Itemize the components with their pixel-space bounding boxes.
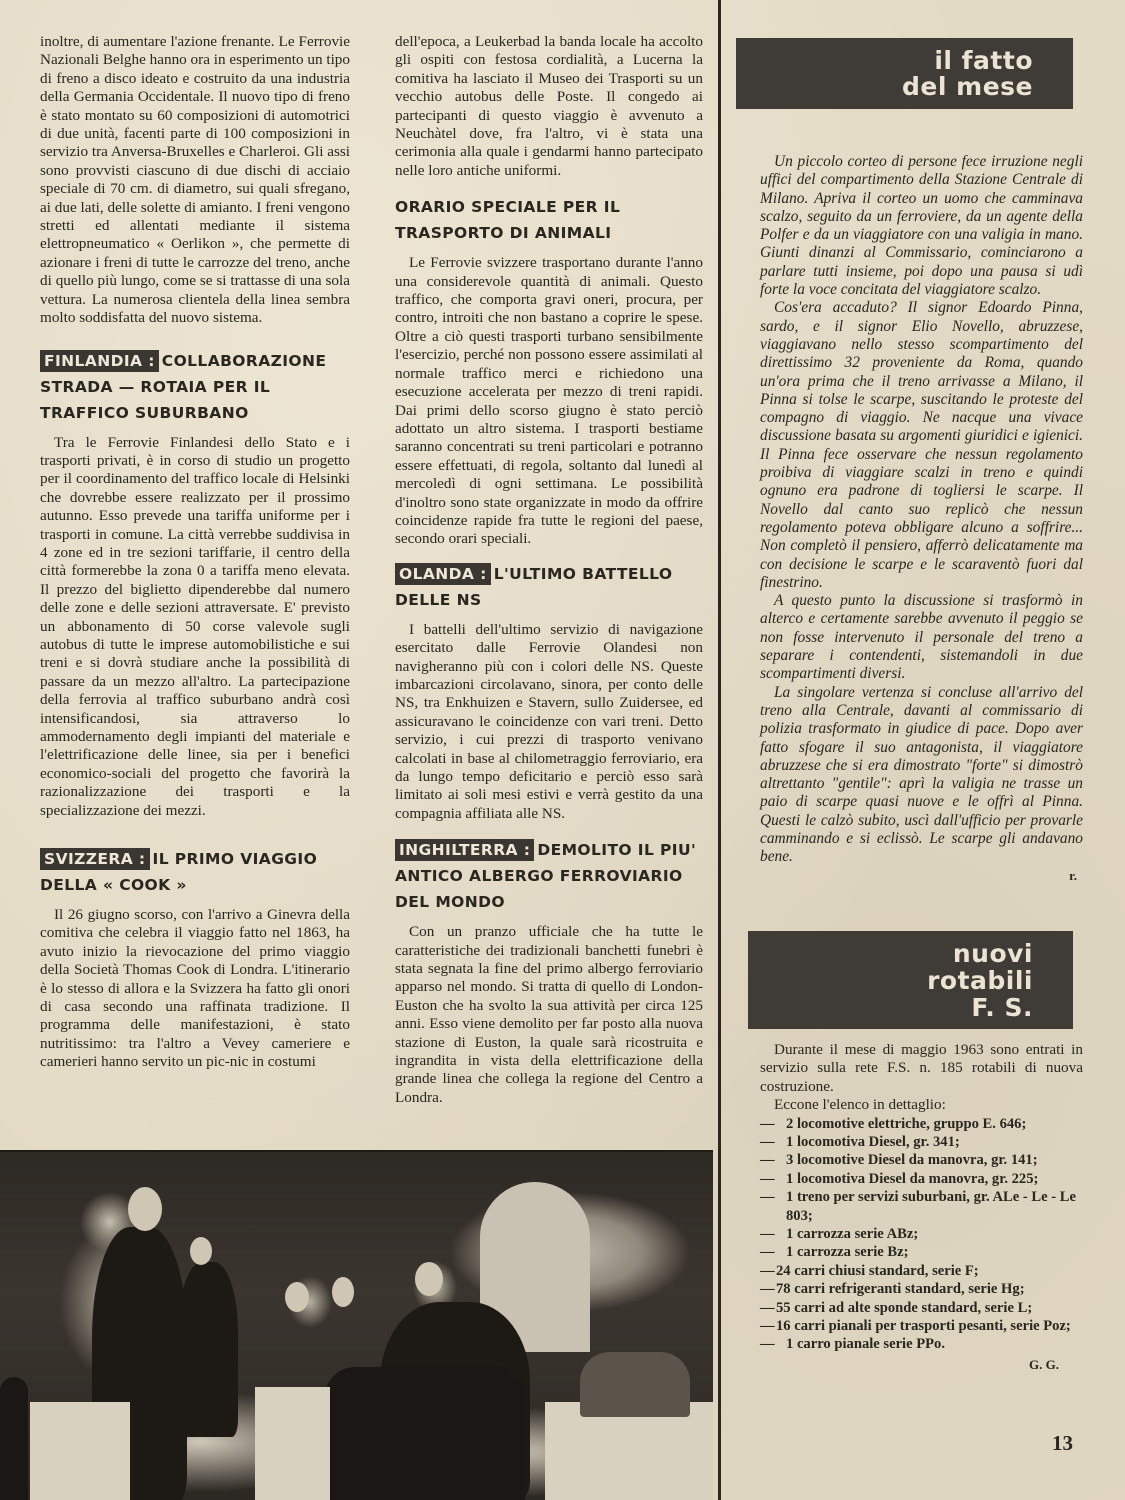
inghilterra-body: Con un pranzo ufficiale che ha tutte le … [395, 923, 703, 1107]
photo-table [255, 1387, 330, 1500]
column-1: inoltre, di aumentare l'azione frenante.… [40, 33, 350, 1072]
svizzera-body: Il 26 giugno scorso, con l'arrivo a Gine… [40, 906, 350, 1072]
rotabili-list-intro: Eccone l'elenco in dettaglio: [760, 1096, 1083, 1114]
dining-car-photo [0, 1150, 713, 1500]
fatto-del-mese-banner: il fatto del mese [736, 38, 1073, 109]
list-item: —2 locomotive elettriche, gruppo E. 646; [760, 1115, 1083, 1133]
banner-title-line: del mese [746, 74, 1033, 100]
photo-figure [178, 1262, 238, 1437]
belgium-brake-article-continued: inoltre, di aumentare l'azione frenante.… [40, 33, 350, 328]
orario-headline: ORARIO SPECIALE PER IL TRASPORTO DI ANIM… [395, 194, 703, 246]
fatto-paragraph: Un piccolo corteo di persone fece irruzi… [760, 153, 1083, 299]
olanda-headline: OLANDA :L'ULTIMO BATTELLO DELLE NS [395, 561, 703, 613]
column-divider [718, 0, 721, 1500]
list-item: —24 carri chiusi standard, serie F; [760, 1262, 1083, 1280]
svizzera-body-continued: dell'epoca, a Leukerbad la banda locale … [395, 33, 703, 180]
banner-title-line: rotabili [758, 967, 1033, 994]
column-3: il fatto del mese Un piccolo corteo di p… [760, 38, 1083, 1374]
orario-body: Le Ferrovie svizzere trasportano durante… [395, 254, 703, 549]
list-item: —1 carro pianale serie PPo. [760, 1335, 1083, 1353]
list-item: —16 carri pianali per trasporti pesanti,… [760, 1317, 1083, 1335]
photo-chair [580, 1352, 690, 1417]
photo-face [332, 1277, 354, 1307]
fatto-paragraph: La singolare vertenza si concluse all'ar… [760, 684, 1083, 867]
photo-chair [325, 1367, 525, 1500]
photo-face [190, 1237, 212, 1265]
fatto-paragraph: A questo punto la discussione si trasfor… [760, 592, 1083, 683]
banner-title-line: nuovi [758, 940, 1033, 967]
list-item: —1 locomotiva Diesel, gr. 341; [760, 1133, 1083, 1151]
svizzera-headline: SVIZZERA :IL PRIMO VIAGGIO DELLA « COOK … [40, 846, 350, 898]
column-2: dell'epoca, a Leukerbad la banda locale … [395, 33, 703, 1107]
rotabili-list: —2 locomotive elettriche, gruppo E. 646;… [760, 1115, 1083, 1354]
inghilterra-headline: INGHILTERRA :DEMOLITO IL PIU' ANTICO ALB… [395, 837, 703, 915]
fatto-paragraph: Cos'era accaduto? Il signor Edoardo Pinn… [760, 299, 1083, 592]
list-item: —78 carri refrigeranti standard, serie H… [760, 1280, 1083, 1298]
photo-face [415, 1262, 443, 1296]
page-number: 13 [1052, 1431, 1073, 1456]
finlandia-body: Tra le Ferrovie Finlandesi dello Stato e… [40, 434, 350, 821]
photo-chair [0, 1377, 28, 1500]
list-item: —1 treno per servizi suburbani, gr. ALe … [760, 1188, 1083, 1225]
photo-face [285, 1282, 309, 1312]
banner-title-line: il fatto [746, 48, 1033, 74]
list-item: —1 carrozza serie ABz; [760, 1225, 1083, 1243]
list-item: —1 locomotiva Diesel da manovra, gr. 225… [760, 1170, 1083, 1188]
fatto-signature: r. [760, 867, 1083, 885]
rotabili-signature: G. G. [760, 1356, 1083, 1374]
country-tag-svizzera: SVIZZERA : [40, 848, 150, 870]
olanda-body: I battelli dell'ultimo servizio di navig… [395, 621, 703, 823]
country-tag-olanda: OLANDA : [395, 563, 491, 585]
photo-table [30, 1402, 130, 1500]
country-tag-inghilterra: INGHILTERRA : [395, 839, 534, 861]
magazine-page: inoltre, di aumentare l'azione frenante.… [0, 0, 1125, 1500]
rotabili-intro: Durante il mese di maggio 1963 sono entr… [760, 1041, 1083, 1096]
list-item: —1 carrozza serie Bz; [760, 1243, 1083, 1261]
country-tag-finlandia: FINLANDIA : [40, 350, 159, 372]
banner-title-line: F. S. [758, 994, 1033, 1021]
photo-waiter-face [128, 1187, 162, 1231]
finlandia-headline: FINLANDIA :COLLABORAZIONE STRADA — ROTAI… [40, 348, 350, 426]
list-item: —55 carri ad alte sponde standard, serie… [760, 1299, 1083, 1317]
list-item: —3 locomotive Diesel da manovra, gr. 141… [760, 1151, 1083, 1169]
nuovi-rotabili-banner: nuovi rotabili F. S. [748, 931, 1073, 1029]
